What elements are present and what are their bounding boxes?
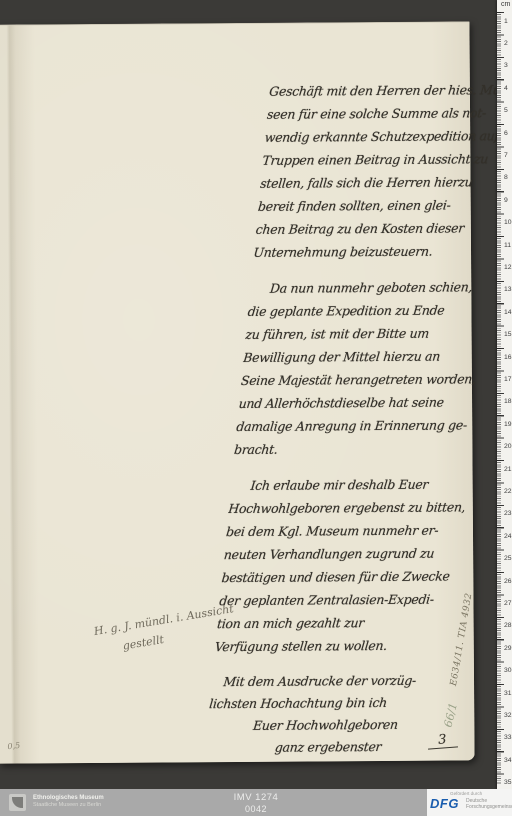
ruler-number: 17 <box>504 376 512 383</box>
ruler-number: 13 <box>504 286 512 293</box>
closing-line: Mit dem Ausdrucke der vorzüg- <box>210 670 448 694</box>
handwriting-line: bestätigen und diesen für die Zwecke <box>221 564 459 589</box>
closing-paragraph: Mit dem Ausdrucke der vorzüg-lichsten Ho… <box>204 670 449 760</box>
handwriting-line: Unternehmung beizusteuern. <box>252 239 490 264</box>
ruler-number: 20 <box>504 443 512 450</box>
handwriting-line: Truppen einen Beitrag in Aussicht zu <box>261 147 499 172</box>
handwriting-line: Seine Majestät herangetreten worden, <box>240 367 478 392</box>
ruler-number: 10 <box>504 219 512 226</box>
handwriting-line: tion an mich gezahlt zur <box>216 610 454 635</box>
ruler: cm 1234567891011121314151617181920212223… <box>497 0 512 790</box>
handwriting-line: damalige Anregung in Erinnerung ge- <box>235 413 473 438</box>
ruler-number: 30 <box>504 667 512 674</box>
ruler-number: 19 <box>504 421 512 428</box>
ruler-number: 5 <box>504 107 512 114</box>
manuscript-page: Geschäft mit den Herren der hies. Mu-see… <box>0 21 475 763</box>
ruler-number: 1 <box>504 18 512 25</box>
ruler-number: 26 <box>504 578 512 585</box>
ruler-number: 31 <box>504 690 512 697</box>
closing-line: lichsten Hochachtung bin ich <box>208 692 446 716</box>
ruler-number: 4 <box>504 85 512 92</box>
handwriting-line: bracht. <box>233 436 471 461</box>
ruler-number: 34 <box>504 757 512 764</box>
handwriting-line: und Allerhöchstdieselbe hat seine <box>238 390 476 415</box>
ruler-number: 35 <box>504 779 512 786</box>
ruler-number: 6 <box>504 130 512 137</box>
handwriting-paragraph: Geschäft mit den Herren der hies. Mu-see… <box>252 78 506 264</box>
ruler-number: 8 <box>504 174 512 181</box>
handwriting-line: der geplanten Zentralasien-Expedi- <box>218 587 456 612</box>
funder-name-line2: Forschungsgemeinschaft <box>466 804 512 810</box>
handwriting-line: Bewilligung der Mittel hierzu an <box>242 344 480 369</box>
handwriting-line: bei dem Kgl. Museum nunmehr er- <box>225 518 463 543</box>
ruler-number: 29 <box>504 645 512 652</box>
ruler-unit-label: cm <box>501 1 510 8</box>
handwriting-line: chen Beitrag zu den Kosten dieser <box>255 216 493 241</box>
ruler-number: 27 <box>504 600 512 607</box>
ruler-number: 23 <box>504 510 512 517</box>
ruler-number: 28 <box>504 622 512 629</box>
handwriting-line: bereit finden sollten, einen glei- <box>257 193 495 218</box>
ruler-number: 16 <box>504 354 512 361</box>
dfg-logo: DFG <box>430 796 459 811</box>
funder-name: Deutsche Forschungsgemeinschaft <box>466 798 512 810</box>
ruler-number: 7 <box>504 152 512 159</box>
ruler-cm-ticks <box>497 12 504 784</box>
handwriting-line: Ich erlaube mir deshalb Euer <box>230 472 468 497</box>
handwriting-line: stellen, falls sich die Herren hierzu <box>259 170 497 195</box>
handwriting-line: neuten Verhandlungen zugrund zu <box>223 541 461 566</box>
ruler-number: 3 <box>504 62 512 69</box>
ruler-number: 12 <box>504 264 512 271</box>
handwriting-line: Hochwohlgeboren ergebenst zu bitten, <box>227 495 465 520</box>
ruler-number: 9 <box>504 197 512 204</box>
ruler-number: 18 <box>504 398 512 405</box>
ruler-number: 11 <box>504 242 512 249</box>
handwriting-line: Geschäft mit den Herren der hies. Mu- <box>268 78 506 103</box>
ruler-number: 2 <box>504 40 512 47</box>
ruler-number: 24 <box>504 533 512 540</box>
archive-scan-viewer: { "scan": { "paper_color": "#e9e4d2", "i… <box>0 0 512 816</box>
handwriting-line: seen für eine solche Summe als not- <box>266 101 504 126</box>
handwriting-line: wendig erkannte Schutzexpedition auf <box>264 124 502 149</box>
closing-line: Euer Hochwohlgeboren <box>206 714 444 738</box>
handwriting-paragraph: Ich erlaube mir deshalb EuerHochwohlgebo… <box>214 472 468 658</box>
footer-bar: Ethnologisches Museum Staatliche Museen … <box>0 789 512 816</box>
ruler-number: 33 <box>504 734 512 741</box>
ruler-number: 14 <box>504 309 512 316</box>
handwriting-line: zu führen, ist mit der Bitte um <box>244 321 482 346</box>
funder-panel: Gefördert durch DFG Deutsche Forschungsg… <box>427 789 512 816</box>
handwriting-line: die geplante Expedition zu Ende <box>247 298 485 323</box>
ruler-number: 32 <box>504 712 512 719</box>
ruler-number: 15 <box>504 331 512 338</box>
ruler-number: 21 <box>504 466 512 473</box>
handwriting-paragraph: Da nun nunmehr geboten schien,die geplan… <box>233 275 487 461</box>
handwriting-line: Verfügung stellen zu wollen. <box>214 633 452 658</box>
closing-line: ganz ergebenster <box>204 736 442 760</box>
corner-pencil-mark: 0,5 <box>7 741 21 751</box>
ruler-number: 25 <box>504 555 512 562</box>
page-number: 3 <box>427 731 458 749</box>
ruler-number: 22 <box>504 488 512 495</box>
handwriting-line: Da nun nunmehr geboten schien, <box>249 275 487 300</box>
